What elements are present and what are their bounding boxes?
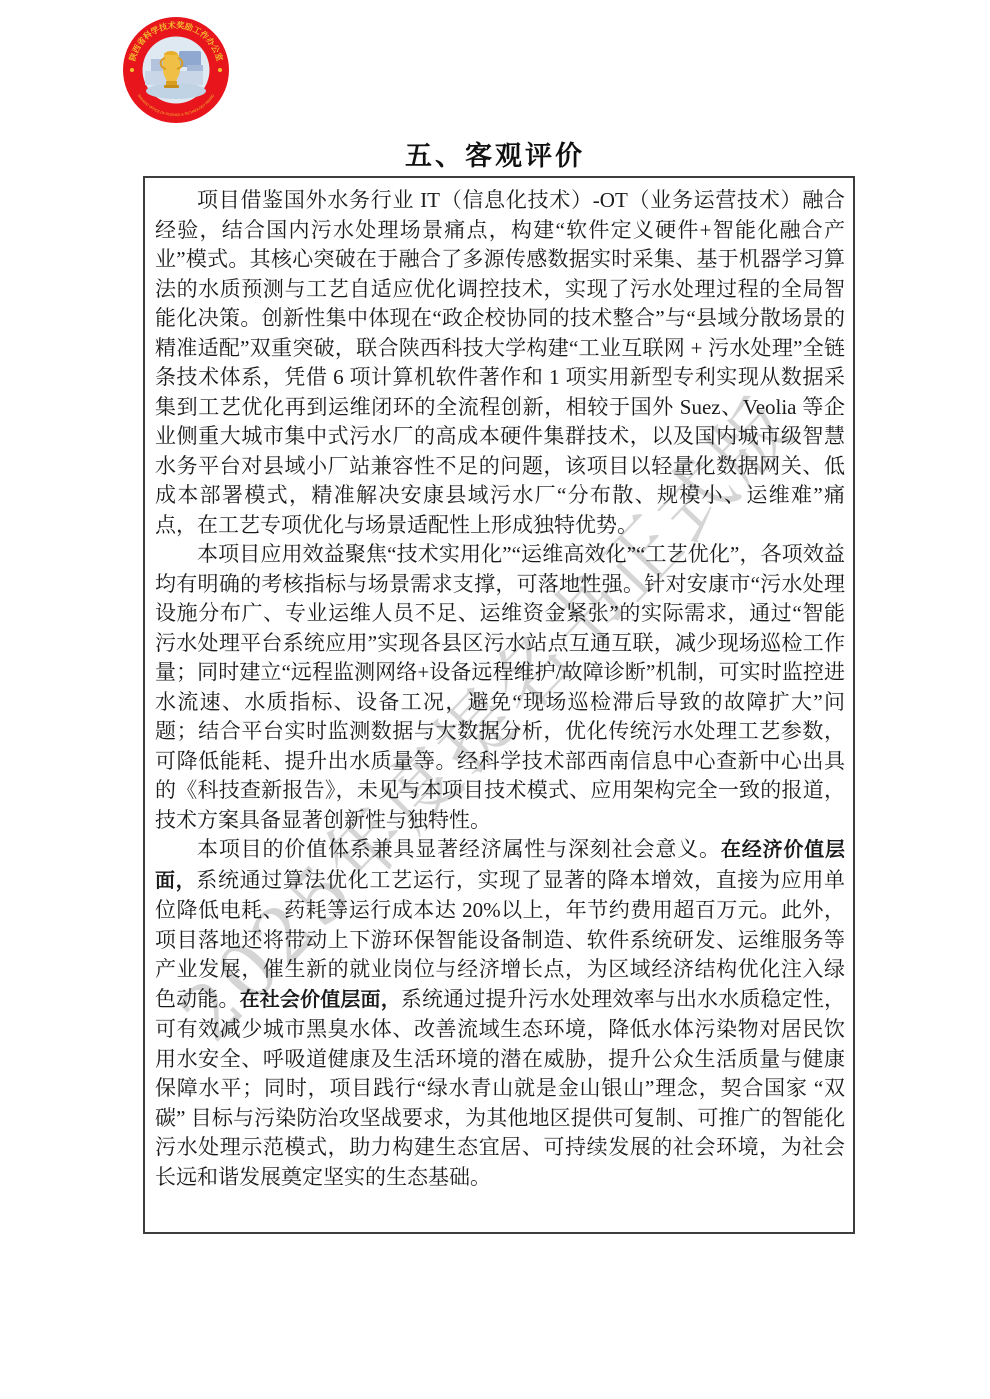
- text-segment: 项目借鉴国外水务行业 IT（信息化技术）-OT（业务运营技术）融合经验，结合国内…: [155, 188, 845, 537]
- body-text: 项目借鉴国外水务行业 IT（信息化技术）-OT（业务运营技术）融合经验，结合国内…: [145, 178, 853, 1232]
- text-segment: 本项目应用效益聚焦“技术实用化”“运维高效化”“工艺优化”，各项效益均有明确的考…: [155, 542, 845, 832]
- text-segment: 系统通过提升污水处理效率与出水水质稳定性，可有效减少城市黑臭水体、改善流域生态环…: [155, 987, 845, 1189]
- seal-right-star: [218, 68, 222, 72]
- text-segment: 本项目的价值体系兼具显著经济属性与深刻社会意义。: [197, 837, 721, 861]
- paragraph-2: 本项目应用效益聚焦“技术实用化”“运维高效化”“工艺优化”，各项效益均有明确的考…: [155, 540, 845, 835]
- paragraph-1: 项目借鉴国外水务行业 IT（信息化技术）-OT（业务运营技术）融合经验，结合国内…: [155, 186, 845, 540]
- bold-run-social-value: 在社会价值层面，: [240, 989, 401, 1011]
- paragraph-3: 本项目的价值体系兼具显著经济属性与深刻社会意义。在经济价值层面，系统通过算法优化…: [155, 835, 845, 1192]
- seal-left-star: [130, 68, 134, 72]
- section-title: 五、客观评价: [0, 134, 990, 173]
- document-page: 陕西省科学技术奖励工作办公室 SHAANXI OFFICE OF SCIENCE…: [0, 0, 990, 1399]
- content-border-box: 2025年度提名书正式版 项目借鉴国外水务行业 IT（信息化技术）-OT（业务运…: [143, 176, 855, 1234]
- org-seal: 陕西省科学技术奖励工作办公室 SHAANXI OFFICE OF SCIENCE…: [121, 15, 231, 125]
